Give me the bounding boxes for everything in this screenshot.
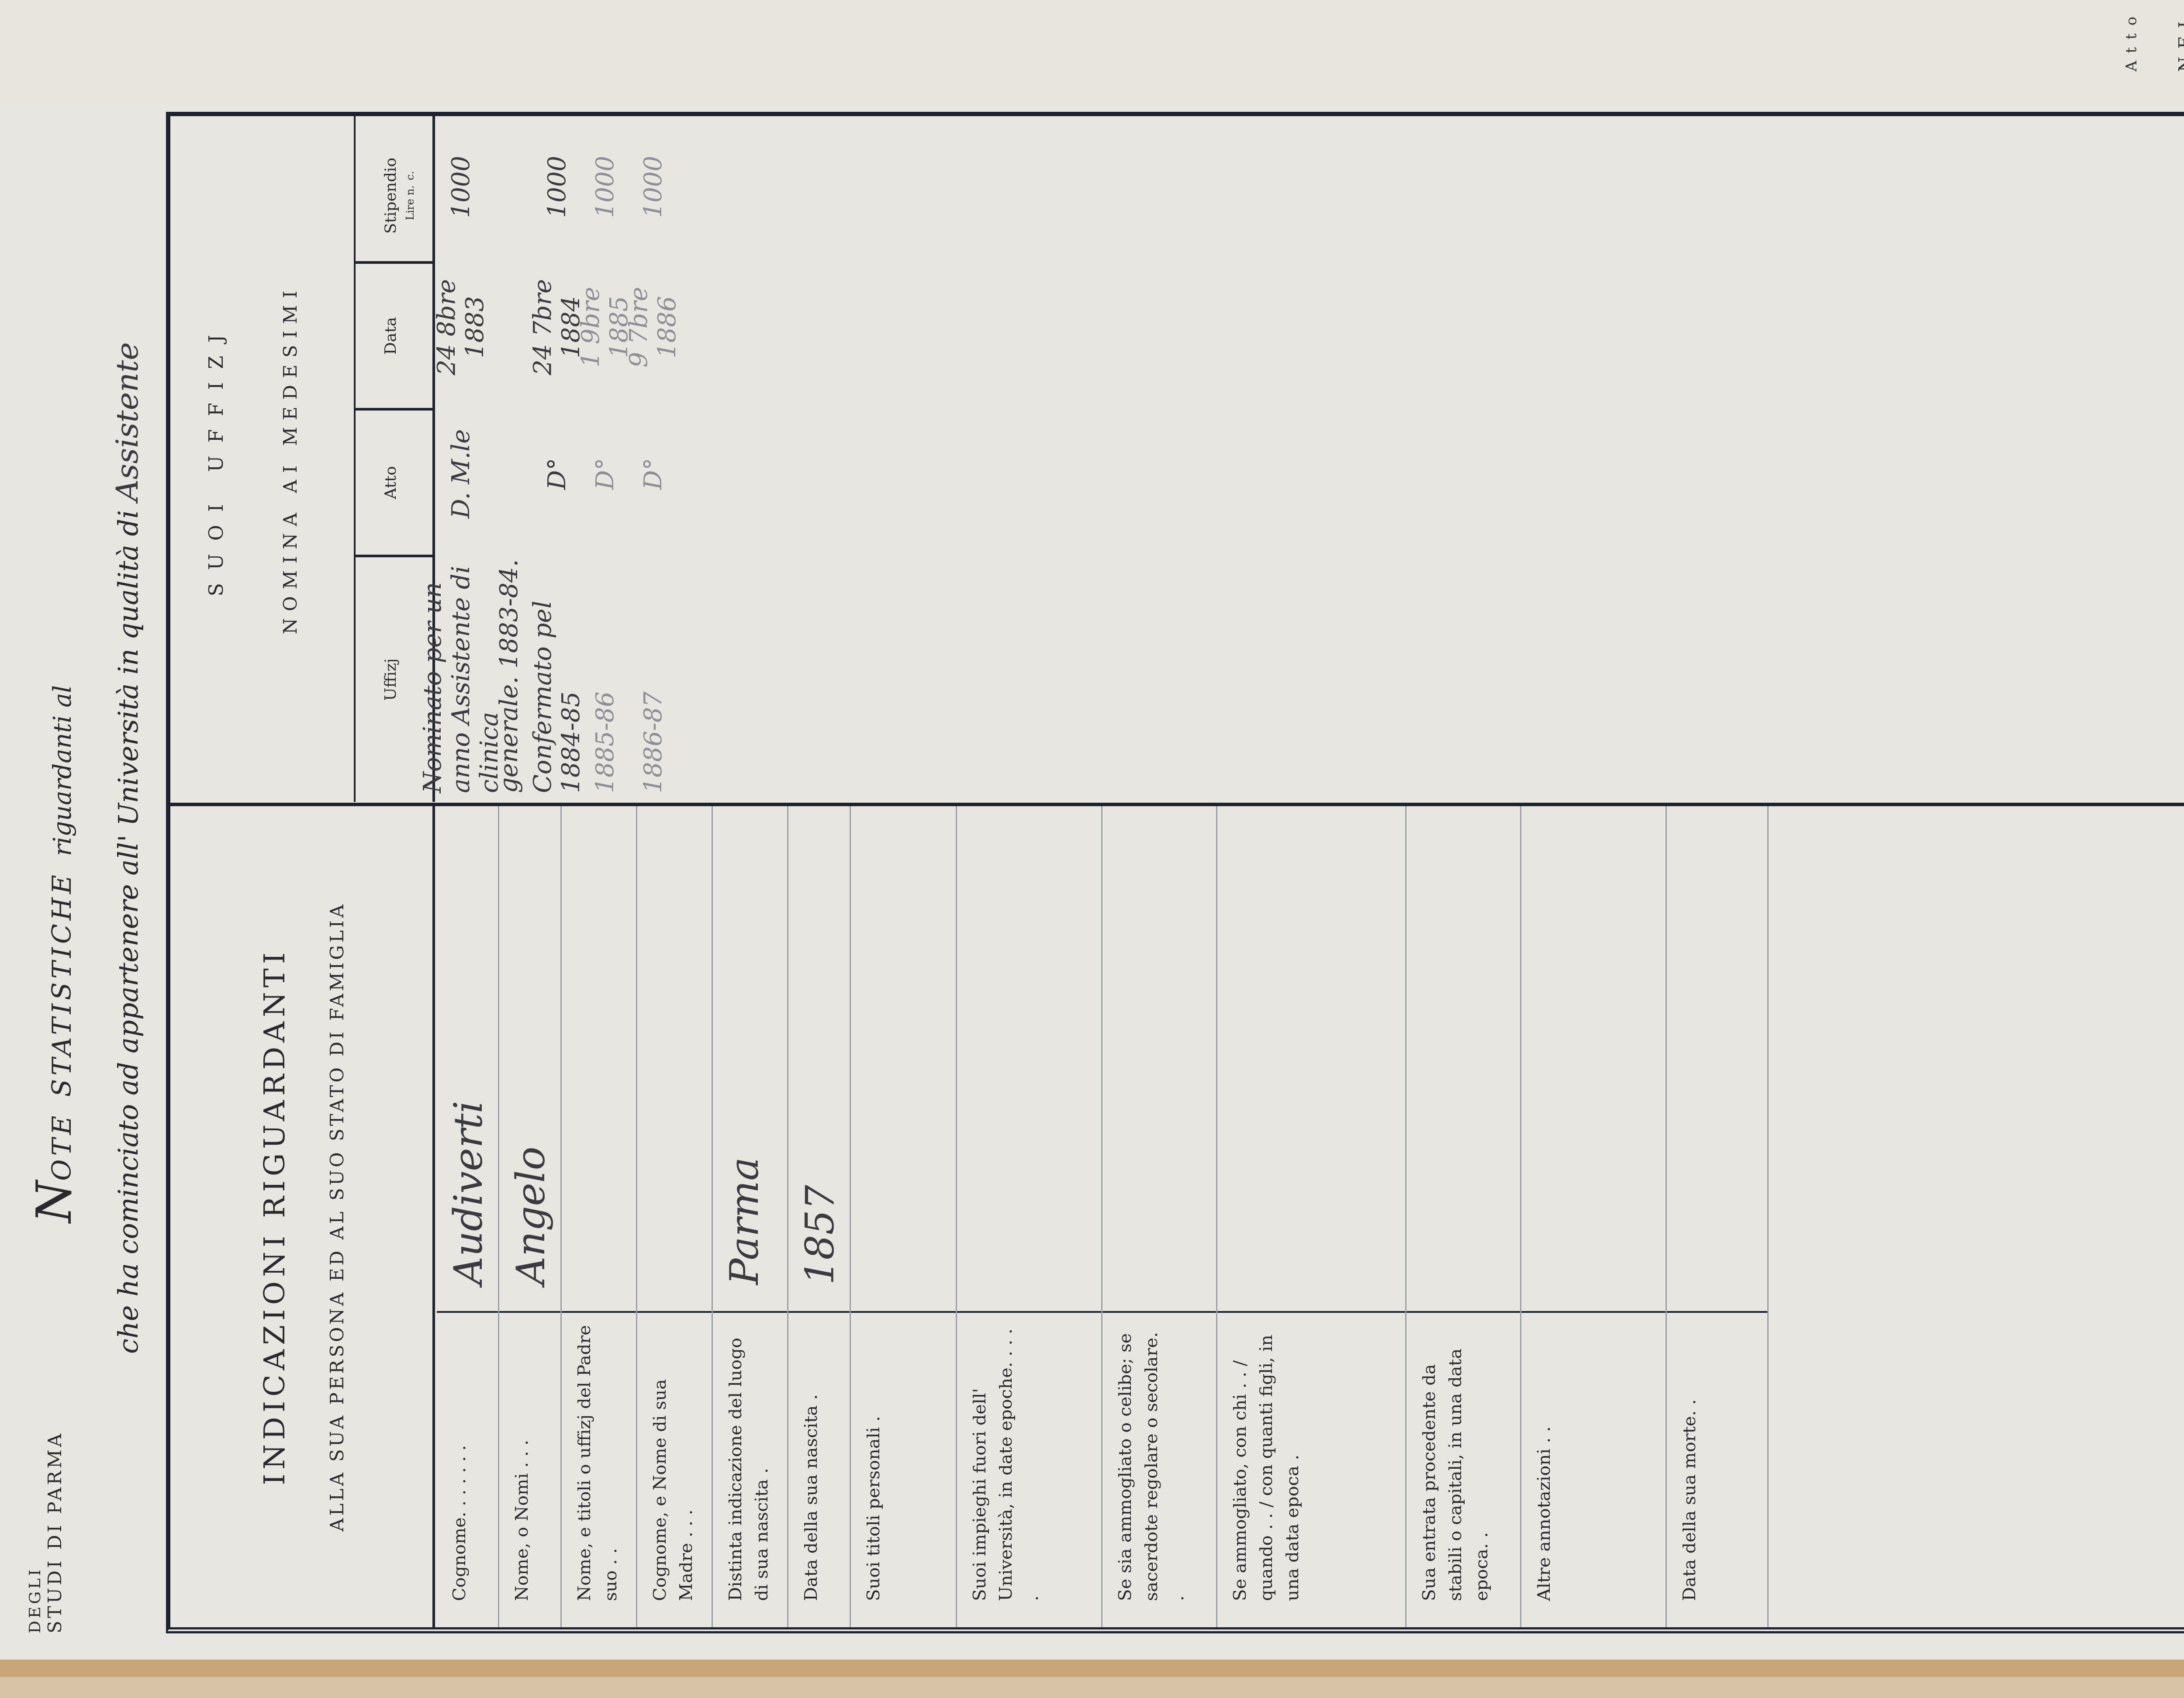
institution-line1: DEGLI (26, 1431, 44, 1633)
section-heading: INDICAZIONI RIGUARDANTI (258, 806, 291, 1627)
entry-stipendio: 1000 (639, 119, 667, 252)
field-row: Suoi impieghi fuori dell' Università, in… (957, 806, 1102, 1627)
field-label: Suoi titoli personali . (851, 1311, 956, 1627)
field-row: Data della sua nascita .1857 (788, 806, 851, 1627)
field-label: Sua entrata procedente da stabili o capi… (1406, 1311, 1520, 1627)
field-label: Distinta indicazione del luogo di sua na… (713, 1311, 787, 1627)
field-row: Sua entrata procedente da stabili o capi… (1406, 806, 1521, 1627)
title-suffix: riguardanti al (48, 685, 77, 856)
subtitle-handwritten: Assistente (109, 342, 145, 501)
offices-section: SUOI UFFIZJ NOMINA AI MEDESIMI Uffizj At… (170, 116, 2184, 802)
office-entry: Confermato pel 1884-85D°24 7bre 18841000 (533, 116, 581, 802)
field-row: Se ammogliato, con chi . . / quando . . … (1217, 806, 1406, 1627)
previous-page-fragment: NEL (2175, 9, 2184, 72)
rotated-form: DEGLI STUDI DI PARMA NOTE STATISTICHE ri… (0, 105, 2184, 1660)
entry-atto: D° (591, 399, 619, 546)
institution-line2: STUDI DI PARMA (44, 1431, 66, 1633)
register-page: DEGLI STUDI DI PARMA NOTE STATISTICHE ri… (0, 105, 2184, 1677)
previous-page-fragment: Atto (2123, 9, 2140, 72)
entry-uffizj: 1886-87 (639, 546, 667, 802)
field-row: Data della sua morte. . (1667, 806, 1769, 1627)
office-entry: 1885-86D°1 9bre 18851000 (581, 116, 629, 802)
institution-label: DEGLI STUDI DI PARMA (26, 1431, 66, 1633)
column-data: Data (356, 261, 434, 408)
field-value (957, 806, 1101, 1311)
previous-page-edge: PER NEL Atto (0, 0, 2184, 114)
offices-entries: Nominato per un anno Assistente di clini… (437, 116, 677, 802)
field-value: Parma (713, 806, 787, 1311)
entry-uffizj: 1885-86 (591, 546, 619, 802)
column-atto: Atto (356, 408, 434, 555)
field-value: Angelo (499, 806, 560, 1311)
entry-atto: D. M.le (447, 399, 475, 546)
section-subheading: ALLA SUA PERSONA ED AL SUO STATO DI FAMI… (326, 806, 348, 1627)
field-row: Cognome. . . . . . .Audiverti (437, 806, 499, 1627)
page-subtitle: che ha cominciato ad appartenere all' Un… (109, 342, 145, 1354)
field-label: Altre annotazioni . . (1521, 1311, 1666, 1627)
field-value (851, 806, 956, 1311)
subtitle-text: che ha cominciato ad appartenere all' Un… (112, 510, 144, 1354)
field-value: Audiverti (437, 806, 498, 1311)
field-value (1667, 806, 1767, 1311)
field-label: Data della sua morte. . (1667, 1311, 1767, 1627)
field-value: 1857 (788, 806, 850, 1311)
register-table: INDICAZIONI RIGUARDANTI ALLA SUA PERSONA… (166, 112, 2184, 1633)
entry-uffizj: Confermato pel 1884-85 (529, 546, 585, 802)
entry-stipendio: 1000 (591, 119, 619, 252)
field-label: Nome, e titoli o uffizj del Padre suo . … (562, 1311, 636, 1627)
entry-stipendio: 1000 (543, 119, 571, 252)
page-title: NOTE STATISTICHE riguardanti al (26, 685, 82, 1223)
field-row: Nome, o Nomi . . .Angelo (499, 806, 562, 1627)
column-stipendio: Stipendio Lire n. c. (356, 130, 434, 261)
field-row: Nome, e titoli o uffizj del Padre suo . … (562, 806, 637, 1627)
entry-data: 24 8bre 1883 (432, 252, 489, 399)
entry-stipendio: 1000 (447, 119, 475, 252)
field-label: Cognome, e Nome di sua Madre . . . (637, 1311, 712, 1627)
subcolumn-lire: Lire n. (404, 185, 416, 220)
field-value (562, 806, 636, 1311)
field-value (637, 806, 712, 1311)
entry-data: 9 7bre 1886 (625, 252, 681, 399)
title-rest: OTE (47, 1112, 77, 1181)
field-label: Cognome. . . . . . . (437, 1311, 498, 1627)
entry-uffizj: Nominato per un anno Assistente di clini… (418, 546, 504, 802)
field-row: Distinta indicazione del luogo di sua na… (713, 806, 788, 1627)
field-row: Se sia ammogliato o celibe; se sacerdote… (1102, 806, 1217, 1627)
title-initial: N (26, 1181, 82, 1223)
title-smallcaps: STATISTICHE (47, 871, 77, 1097)
offices-heading: SUOI UFFIZJ (205, 116, 228, 802)
field-value (1102, 806, 1216, 1311)
subcolumn-c: c. (404, 171, 416, 180)
personal-info-header: INDICAZIONI RIGUARDANTI ALLA SUA PERSONA… (170, 806, 435, 1627)
office-entry: Nominato per un anno Assistente di clini… (437, 116, 485, 802)
entry-atto: D° (543, 399, 571, 546)
field-row: Suoi titoli personali . (851, 806, 957, 1627)
offices-subheading: NOMINA AI MEDESIMI (280, 116, 301, 802)
personal-fields: Cognome. . . . . . .AudivertiNome, o Nom… (437, 806, 1769, 1627)
entry-uffizj: generale. 1883-84. (495, 546, 523, 802)
field-label: Nome, o Nomi . . . (499, 1311, 560, 1627)
field-row: Cognome, e Nome di sua Madre . . . (637, 806, 713, 1627)
field-label: Data della sua nascita . (788, 1311, 850, 1627)
field-value (1521, 806, 1666, 1311)
column-stipendio-label: Stipendio (382, 158, 400, 234)
field-value (1406, 806, 1520, 1311)
entry-atto: D° (639, 399, 667, 546)
field-row: Altre annotazioni . . (1521, 806, 1667, 1627)
personal-info-section: INDICAZIONI RIGUARDANTI ALLA SUA PERSONA… (170, 803, 2184, 1627)
field-value (1217, 806, 1405, 1311)
field-label: Se ammogliato, con chi . . / quando . . … (1217, 1311, 1405, 1627)
offices-header: SUOI UFFIZJ NOMINA AI MEDESIMI Uffizj At… (170, 116, 435, 802)
field-label: Se sia ammogliato o celibe; se sacerdote… (1102, 1311, 1216, 1627)
office-entry: 1886-87D°9 7bre 18861000 (629, 116, 677, 802)
field-label: Suoi impieghi fuori dell' Università, in… (957, 1311, 1101, 1627)
